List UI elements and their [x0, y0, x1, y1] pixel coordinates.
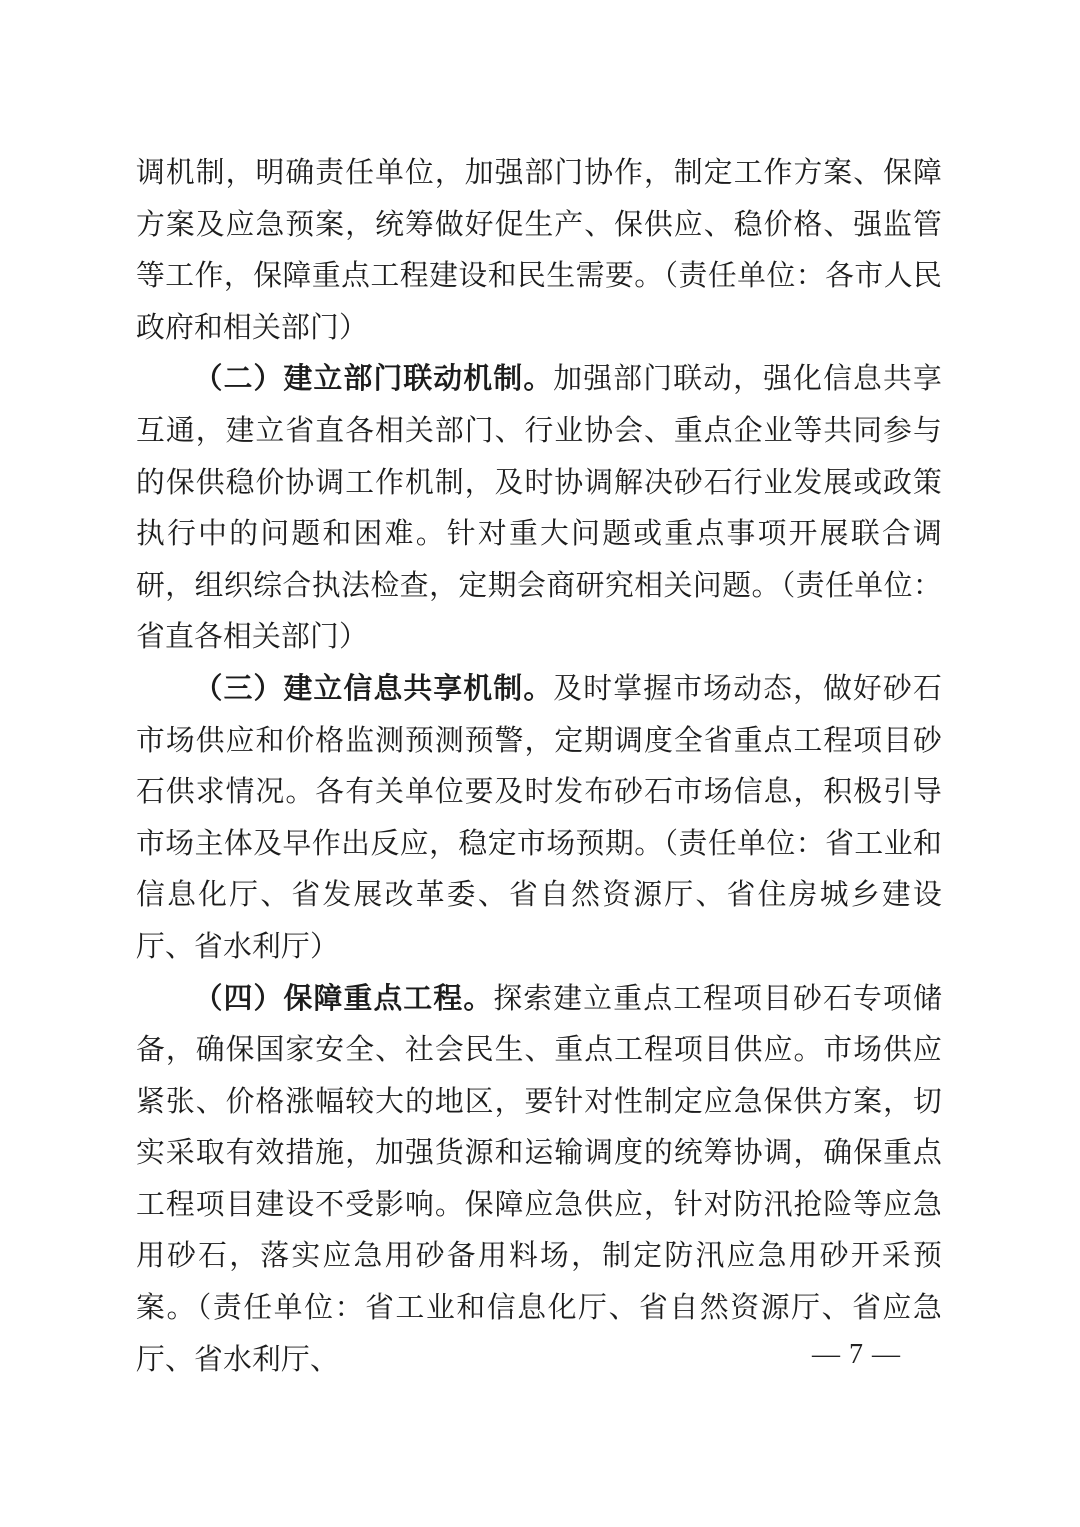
section-3-heading: （三）建立信息共享机制。: [194, 673, 554, 705]
document-page: 调机制，明确责任单位，加强部门协作，制定工作方案、保障方案及应急预案，统筹做好促…: [0, 0, 1080, 1527]
paragraph-section-4: （四）保障重点工程。探索建立重点工程项目砂石专项储备，确保国家安全、社会民生、重…: [136, 974, 942, 1387]
section-4-heading: （四）保障重点工程。: [194, 983, 494, 1015]
page-number: — 7 —: [812, 1340, 901, 1370]
document-body: 调机制，明确责任单位，加强部门协作，制定工作方案、保障方案及应急预案，统筹做好促…: [136, 148, 942, 1386]
paragraph-section-2: （二）建立部门联动机制。加强部门联动，强化信息共享互通，建立省直各相关部门、行业…: [136, 354, 942, 664]
paragraph-continuation: 调机制，明确责任单位，加强部门协作，制定工作方案、保障方案及应急预案，统筹做好促…: [136, 148, 942, 354]
paragraph-text: 及时掌握市场动态，做好砂石市场供应和价格监测预测预警，定期调度全省重点工程项目砂…: [136, 673, 942, 963]
paragraph-section-3: （三）建立信息共享机制。及时掌握市场动态，做好砂石市场供应和价格监测预测预警，定…: [136, 664, 942, 974]
paragraph-text: 加强部门联动，强化信息共享互通，建立省直各相关部门、行业协会、重点企业等共同参与…: [136, 363, 942, 653]
paragraph-text: 探索建立重点工程项目砂石专项储备，确保国家安全、社会民生、重点工程项目供应。市场…: [136, 983, 942, 1376]
paragraph-text: 调机制，明确责任单位，加强部门协作，制定工作方案、保障方案及应急预案，统筹做好促…: [136, 157, 942, 344]
section-2-heading: （二）建立部门联动机制。: [194, 363, 554, 395]
